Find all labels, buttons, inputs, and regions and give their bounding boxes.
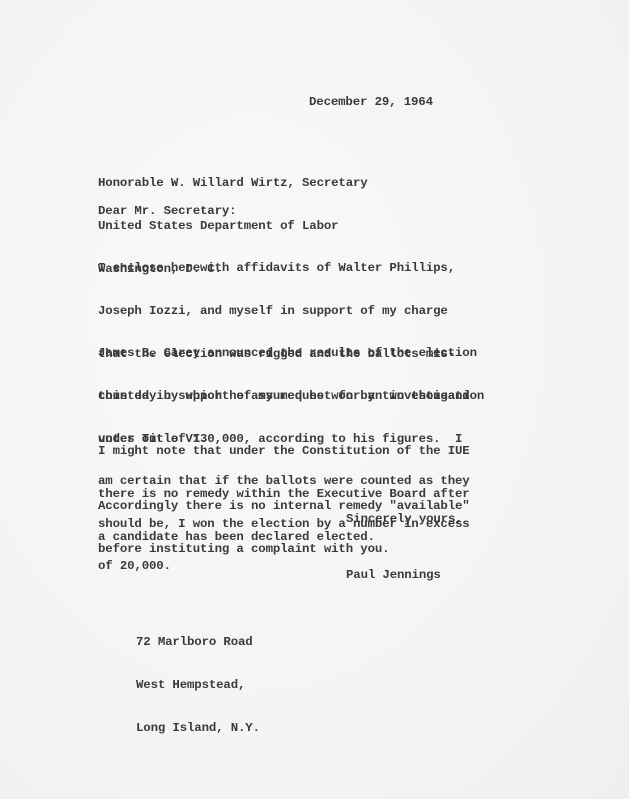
paragraph-line: I might note that under the Constitution… xyxy=(98,444,470,458)
paragraph-line: this day by which he assumed he won by t… xyxy=(98,389,477,403)
sender-line: Long Island, N.Y. xyxy=(136,721,260,735)
signer-name: Paul Jennings xyxy=(346,568,441,582)
recipient-line: Honorable W. Willard Wirtz, Secretary xyxy=(98,176,368,190)
sender-line: 72 Marlboro Road xyxy=(136,635,260,649)
recipient-line: United States Department of Labor xyxy=(98,219,368,233)
letter-page: December 29, 1964 Honorable W. Willard W… xyxy=(0,0,629,799)
closing: Sincerely yours, xyxy=(346,512,463,526)
paragraph-line: before instituting a complaint with you. xyxy=(98,542,470,556)
sender-line: West Hempstead, xyxy=(136,678,260,692)
paragraph-line: Joseph Iozzi, and myself in support of m… xyxy=(98,304,484,318)
sender-address: 72 Marlboro Road West Hempstead, Long Is… xyxy=(136,607,260,763)
paragraph-line: James B. Carey announced the results of … xyxy=(98,346,477,360)
paragraph-line: I enclose herewith affidavits of Walter … xyxy=(98,261,484,275)
salutation: Dear Mr. Secretary: xyxy=(98,204,236,218)
letter-date: December 29, 1964 xyxy=(309,95,433,109)
